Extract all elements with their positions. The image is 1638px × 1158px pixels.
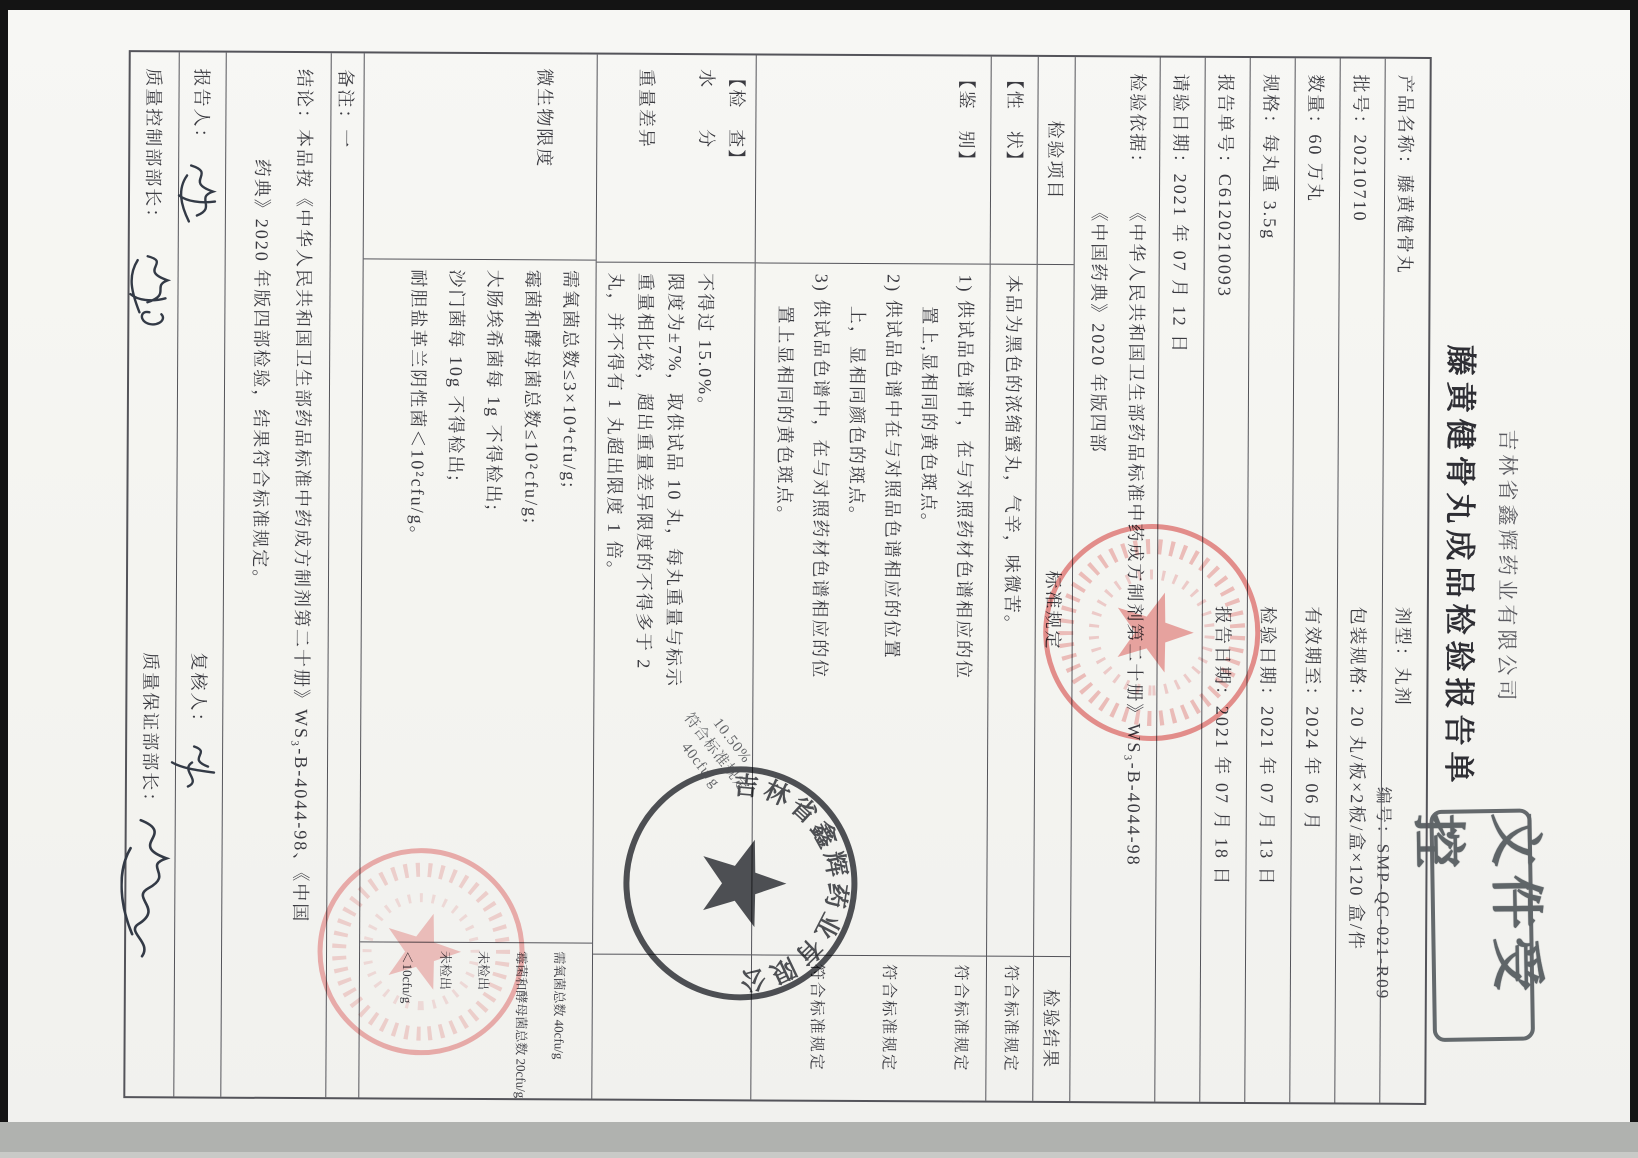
- batch-value: 20210710: [1350, 135, 1370, 223]
- scanned-report-screenshot: { "header": { "company": "吉林省鑫辉药业有限公司", …: [0, 0, 1638, 1158]
- row-batch: 批号：20210710 包装规格：20 丸/板×2板/盒×120 盒/件: [1334, 58, 1384, 1102]
- identification-std-line: 1) 供试品色谱中，在与对照药材色谱相应的位: [944, 274, 984, 955]
- pack-spec-label: 包装规格：: [1347, 607, 1368, 707]
- identification-result: 符合标准规定: [878, 964, 902, 1072]
- identification-std-line: 置上,显相同的黄色斑点。: [908, 274, 948, 955]
- appearance-result: 符合标准规定: [986, 965, 1033, 1101]
- batch-label: 批号：: [1350, 75, 1370, 135]
- request-date-value: 2021 年 07 月 12 日: [1169, 174, 1190, 355]
- row-product-name: 产品名称：藤黄健骨丸 剂型：丸剂: [1379, 59, 1429, 1103]
- microbial-item: 微生物限度: [526, 68, 563, 259]
- basis-line2: 《中国药典》2020 年版四部: [1086, 203, 1113, 454]
- qc-head-signature: [129, 248, 178, 358]
- scanner-edge-band-light: [0, 1152, 1638, 1158]
- microbial-std-line: 大肠埃希菌每 1g 不得检出;: [472, 270, 514, 943]
- row-department-heads: 质量控制部部长： 质量保证部部长：: [125, 52, 178, 1096]
- col-header-result: 检验结果: [1033, 957, 1070, 1101]
- weight-variation-item: 重量差异: [631, 69, 662, 262]
- basis-label: 检验依据：: [1125, 73, 1152, 173]
- qa-head-label: 质量保证部部长：: [138, 652, 165, 812]
- request-date-label: 请验日期：: [1170, 74, 1191, 174]
- qa-head-signature: [120, 814, 183, 964]
- product-name-label: 产品名称：: [1395, 75, 1416, 175]
- microbial-std-line: 耐胆盐革兰阴性菌＜10²cfu/g。: [396, 269, 438, 942]
- conclusion-line2: 药典》2020 年版四部检验，结果符合标准规定。: [248, 159, 276, 590]
- reviewer-label: 复核人：: [186, 652, 212, 732]
- identification-item: 【鉴 别】: [948, 70, 985, 263]
- red-stamp-bottom: [312, 843, 529, 1060]
- microbial-result-line: 需氧菌总数 40cfu/g: [539, 951, 578, 1098]
- conclusion-line1: 本品按《中华人民共和国卫生部药品标准中药成方制剂第二十册》WS₃-B-4044-…: [290, 129, 314, 923]
- microbial-std-line: 需氧菌总数≤3×10⁴cfu/g;: [548, 270, 590, 943]
- report-no-label: 报告单号：: [1215, 74, 1236, 174]
- microbial-std-line: 沙门菌每 10g 不得检出;: [434, 269, 476, 942]
- quantity-label: 数量：: [1305, 74, 1325, 134]
- reporter-label: 报告人：: [189, 68, 215, 148]
- spec-label: 规格：: [1260, 74, 1280, 134]
- moisture-item: 水 分: [691, 69, 722, 262]
- appearance-standard: 本品为黑色的浓缩蜜丸，气辛，味微苦。: [987, 275, 1037, 956]
- row-appearance: 【性 状】 本品为黑色的浓缩蜜丸，气辛，味微苦。 符合标准规定: [985, 57, 1037, 1101]
- col-header-item: 检验项目: [1038, 57, 1075, 265]
- identification-std-line: 2) 供试品色谱中在与对照品色谱相应的位置: [872, 274, 912, 955]
- qc-head-label: 质量控制部部长：: [141, 68, 168, 228]
- microbial-std-line: 霉菌和酵母菌总数≤10²cfu/g;: [510, 270, 552, 943]
- controlled-document-stamp: 文件受控: [1429, 808, 1535, 1042]
- dosage-form-value: 丸剂: [1392, 667, 1412, 707]
- spec-value: 每丸重 3.5g: [1260, 134, 1281, 240]
- product-name-value: 藤黄健骨丸: [1395, 175, 1416, 275]
- examination-group-label: 【检 查】: [721, 69, 752, 262]
- remarks-label: 备注：: [335, 69, 355, 129]
- conclusion-label: 结论：: [294, 69, 314, 129]
- identification-result: 符合标准规定: [950, 964, 974, 1072]
- black-stamp-company: 吉林省鑫辉药业有限公司: [617, 760, 864, 1007]
- red-stamp-top: [1038, 519, 1265, 746]
- dosage-form-label: 剂型：: [1393, 607, 1413, 667]
- appearance-item: 【性 状】: [991, 71, 1038, 264]
- quantity-value: 60 万丸: [1305, 134, 1325, 203]
- remarks-value: 一: [335, 129, 355, 149]
- reporter-signature: [177, 157, 224, 267]
- reviewer-signature: [170, 738, 220, 818]
- expiry-label: 有效期至：: [1302, 606, 1323, 706]
- expiry-value: 2024 年 06 月: [1302, 706, 1323, 832]
- row-quantity: 数量：60 万丸 有效期至：2024 年 06 月: [1289, 58, 1339, 1102]
- pack-spec-value: 20 丸/板×2板/盒×120 盒/件: [1346, 707, 1367, 951]
- report-document: 吉林省鑫辉药业有限公司 藤黄健骨丸成品检验报告单 编号：SMP-QC-021-R…: [2, 2, 1630, 1125]
- report-no-value: C6120210093: [1214, 174, 1235, 298]
- scanner-edge-band: [0, 1122, 1638, 1152]
